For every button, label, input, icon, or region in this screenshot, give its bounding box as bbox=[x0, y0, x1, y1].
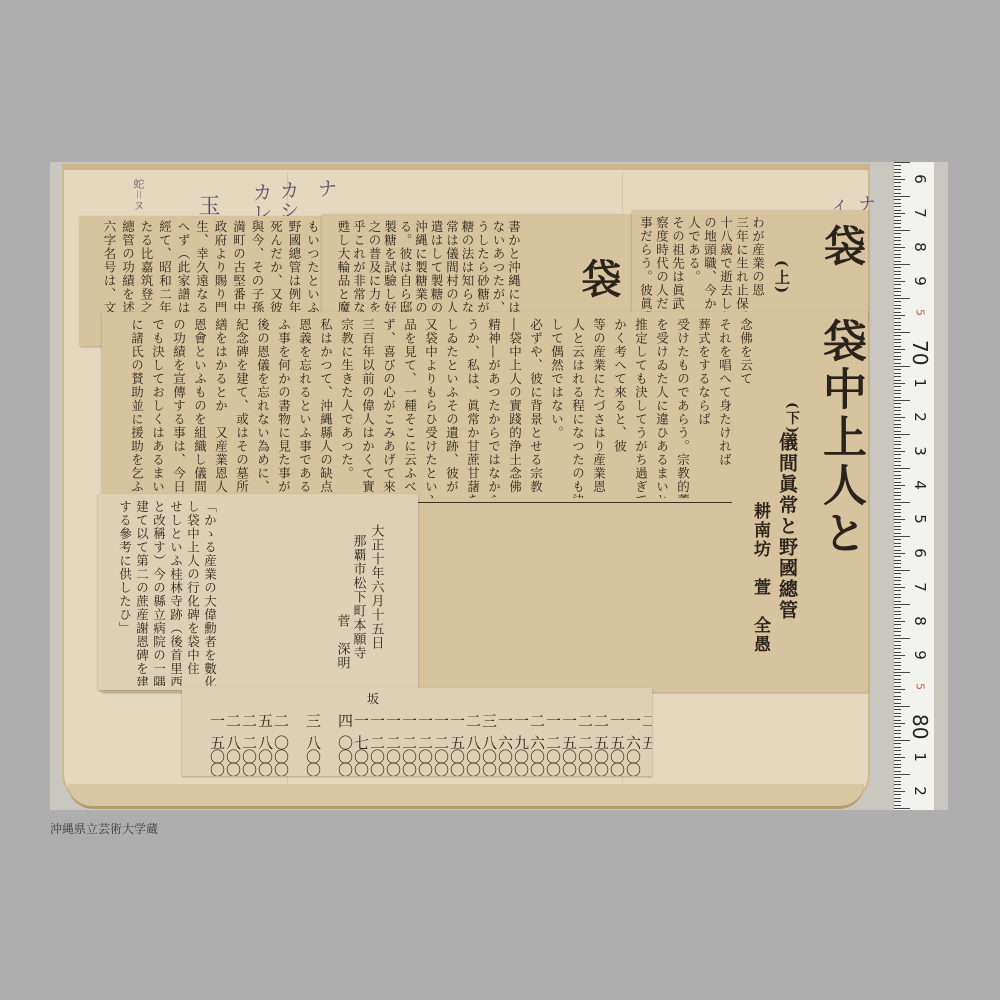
ruler-tick bbox=[894, 312, 901, 313]
ruler-tick bbox=[894, 176, 901, 177]
ruler-tick bbox=[894, 628, 901, 629]
text-column: ―袋中上人の實踐的浄土念佛 bbox=[507, 318, 523, 498]
ruler-tick bbox=[894, 743, 901, 744]
ruler-tick bbox=[894, 567, 901, 568]
ruler-tick bbox=[894, 427, 901, 428]
ruler-tick bbox=[894, 359, 901, 360]
text-column: に諸氏の賛助並に援助を乞ふ bbox=[129, 318, 145, 498]
ruler-tick bbox=[894, 352, 901, 353]
ruler-tick bbox=[894, 492, 901, 493]
ruler-tick bbox=[894, 441, 901, 442]
table-row: 一二二五二 三 四一一一一一一一二三一一二一一二二一一二 bbox=[210, 710, 652, 731]
ruler-tick bbox=[894, 737, 901, 738]
ruler-tick bbox=[894, 747, 901, 748]
text-column: 察度時代の人だか bbox=[654, 216, 670, 316]
text-column: 繕をはかるとか 又産業恩人の謝 bbox=[213, 318, 229, 498]
ruler-tick bbox=[894, 468, 910, 469]
ruler-tick bbox=[894, 590, 901, 591]
ruler-tick bbox=[894, 601, 901, 602]
text-column: する參考に供したひ」 bbox=[117, 500, 133, 686]
ruler-tick bbox=[894, 373, 901, 374]
ruler-tick bbox=[894, 420, 901, 421]
article-subtitle: 儀間眞常と野國總管 bbox=[774, 432, 801, 621]
ruler-tick bbox=[894, 529, 901, 530]
handwritten-note: 蛇＝ヌ bbox=[130, 178, 146, 211]
ruler-tick bbox=[894, 689, 905, 690]
headline-fragment-upper: 袋 bbox=[812, 224, 868, 270]
ruler-tick bbox=[894, 278, 901, 279]
text-column: かく考へて來ると、彼 bbox=[612, 318, 628, 498]
text-column: 必ずや、彼に背景とせる宗教 bbox=[528, 318, 544, 498]
text-column: 受けたものであらう。宗教的薫陶 bbox=[675, 318, 691, 498]
ruler-tick bbox=[894, 669, 901, 670]
ruler-tick bbox=[894, 267, 901, 268]
ruler-tick bbox=[894, 346, 901, 347]
ruler-tick bbox=[894, 325, 901, 326]
ruler-tick bbox=[894, 774, 910, 775]
ruler-tick bbox=[894, 631, 901, 632]
headline-fragment: 袋 bbox=[570, 258, 627, 302]
ruler-tick bbox=[894, 750, 901, 751]
signature: 菅 深明 bbox=[334, 614, 350, 670]
text-column: 宗教に生きた人であつた。 bbox=[339, 318, 355, 498]
text-column: 三百年以前の偉人はかくて實踐的 bbox=[360, 318, 376, 498]
ruler-tick bbox=[894, 594, 901, 595]
ruler-tick bbox=[894, 645, 901, 646]
ruler-tick bbox=[894, 203, 901, 204]
archive-photo: 蛇＝ヌ 玉 カレ カシ ナ イ ナ 上地に甘藷を甘十四年に倫寧でもあるが、ハツキ… bbox=[50, 162, 948, 810]
ruler-label: 6 bbox=[911, 541, 929, 565]
ruler-tick bbox=[894, 169, 901, 170]
ruler-tick bbox=[894, 798, 901, 799]
ruler-tick bbox=[894, 315, 905, 316]
ruler-tick bbox=[894, 356, 901, 357]
ruler-tick bbox=[894, 512, 901, 513]
ruler-tick bbox=[894, 210, 901, 211]
clipping-number-table: 坂 一二二五二 三 四一一一一一一一二三一一二一一二二一一二 五八二八〇 八 〇… bbox=[182, 688, 652, 776]
text-column: 等の産業にたづさはり産業恩 bbox=[591, 318, 607, 498]
ruler-tick bbox=[894, 274, 901, 275]
handwritten-note: ナ bbox=[312, 178, 341, 198]
ruler-tick bbox=[894, 550, 901, 551]
notebook-top-edge bbox=[62, 164, 870, 170]
ruler-label: 7 bbox=[911, 201, 929, 225]
ruler-label: 9 bbox=[911, 269, 929, 293]
ruler-tick bbox=[894, 754, 901, 755]
ruler-tick bbox=[894, 247, 905, 248]
ruler-tick bbox=[894, 254, 901, 255]
ruler-tick bbox=[894, 624, 901, 625]
ruler-tick bbox=[894, 682, 901, 683]
text-column: 「かゝる産業の大偉勳者を數化せ bbox=[202, 500, 218, 686]
handwritten-note: 玉 bbox=[192, 194, 223, 216]
text-column: 推定しても決してうがち過ぎではあるまい bbox=[633, 318, 649, 498]
ruler-tick bbox=[894, 465, 901, 466]
ruler-tick bbox=[894, 652, 901, 653]
ruler-tick bbox=[894, 699, 901, 700]
ruler-tick bbox=[894, 556, 901, 557]
ruler-tick bbox=[894, 403, 901, 404]
ruler-tick bbox=[894, 716, 901, 717]
ruler-tick bbox=[894, 703, 901, 704]
ruler-tick bbox=[894, 655, 905, 656]
date-line: 大正十年六月十五日 bbox=[368, 524, 384, 650]
ruler-tick bbox=[894, 757, 905, 758]
ruler-tick bbox=[894, 539, 901, 540]
text-column: 恩義を忘れるといふ事であるとい bbox=[297, 318, 313, 498]
ruler-tick bbox=[894, 648, 901, 649]
ruler-tick bbox=[894, 675, 901, 676]
ruler-tick bbox=[894, 478, 901, 479]
text-column: 念佛を云て bbox=[738, 318, 754, 498]
ruler-tick bbox=[894, 801, 901, 802]
ruler-tick bbox=[894, 329, 901, 330]
ruler-label: 2 bbox=[911, 405, 929, 429]
ruler-tick bbox=[894, 536, 910, 537]
ruler-tick bbox=[894, 495, 901, 496]
ruler-tick bbox=[894, 709, 901, 710]
ruler-tick bbox=[894, 233, 901, 234]
text-column: 精神―があつたからではなから bbox=[486, 318, 502, 498]
ruler-label: 5 bbox=[914, 301, 927, 325]
ruler-label: 4 bbox=[911, 473, 929, 497]
ruler-tick bbox=[894, 261, 901, 262]
ruler-tick bbox=[894, 230, 910, 231]
ruler-tick bbox=[894, 713, 901, 714]
notebook-back-cover bbox=[68, 784, 864, 809]
clipping-upper-right: わが産業の恩三年に生れ止保元十八歳で逝去したの地頭職、今から人である。その祖先は… bbox=[632, 210, 868, 320]
ruler-tick bbox=[894, 240, 901, 241]
ruler-label: 5 bbox=[914, 675, 927, 699]
ruler-tick bbox=[894, 482, 901, 483]
ruler-tick bbox=[894, 471, 901, 472]
ruler-tick bbox=[894, 587, 905, 588]
ruler-tick bbox=[894, 618, 901, 619]
ruler-tick bbox=[894, 390, 901, 391]
ruler-tick bbox=[894, 730, 901, 731]
text-column: うか、私は、眞常か甘蔗甘藷を栽培 bbox=[465, 318, 481, 498]
text-column: 紀念碑を建て、或はその墓所の修 bbox=[234, 318, 250, 498]
ruler-tick bbox=[894, 662, 901, 663]
ruler-tick bbox=[894, 417, 905, 418]
ruler-tick bbox=[894, 414, 901, 415]
article-author: 耕南坊 萱 全愚 bbox=[748, 502, 773, 654]
ruler-tick bbox=[894, 597, 901, 598]
text-column: 又袋中よりもらひ受けたといふ bbox=[423, 318, 439, 498]
ruler-tick bbox=[894, 502, 910, 503]
ruler-tick bbox=[894, 740, 910, 741]
ruler-tick bbox=[894, 546, 901, 547]
ruler-tick bbox=[894, 720, 901, 721]
ruler-tick bbox=[894, 189, 901, 190]
ruler-tick bbox=[894, 777, 901, 778]
ruler-tick bbox=[894, 679, 901, 680]
ruler-tick bbox=[894, 223, 901, 224]
ruler-tick bbox=[894, 665, 901, 666]
headline: 袋中上人と bbox=[808, 318, 868, 558]
ruler-tick bbox=[894, 641, 901, 642]
ruler-tick bbox=[894, 475, 901, 476]
ruler-label: 70 bbox=[908, 340, 932, 364]
ruler-tick bbox=[894, 220, 901, 221]
text-column: 私はかつて、沖縄縣人の缺点は bbox=[318, 318, 334, 498]
ruler-tick bbox=[894, 186, 901, 187]
text-column: を受けゐた人に違ひあるまいと bbox=[654, 318, 670, 498]
ruler-tick bbox=[894, 614, 901, 615]
ruler-label: 2 bbox=[911, 779, 929, 803]
ruler-tick bbox=[894, 250, 901, 251]
ruler-tick bbox=[894, 658, 901, 659]
ruler-tick bbox=[894, 805, 901, 806]
ruler-tick bbox=[894, 499, 901, 500]
ruler-tick bbox=[894, 767, 901, 768]
ruler-tick bbox=[894, 723, 905, 724]
ruler-tick bbox=[894, 199, 901, 200]
clipping-closing: 「かゝる産業の大偉勳者を數化せし袋中上人の行化碑を袋中住せしといふ桂林寺跡（後首… bbox=[98, 494, 418, 690]
text-column: 三年に生れ止保元 bbox=[734, 216, 750, 316]
ruler-tick bbox=[894, 488, 901, 489]
ruler-tick bbox=[894, 284, 901, 285]
text-column: 十八歳で逝去した bbox=[718, 216, 734, 316]
ruler-tick bbox=[894, 288, 901, 289]
ruler-tick bbox=[894, 237, 901, 238]
ruler-tick bbox=[894, 764, 901, 765]
text-column: 建て以て第二の蔗産謝恩碑を建設 bbox=[134, 500, 150, 686]
ruler-tick bbox=[894, 291, 901, 292]
ruler-tick bbox=[894, 635, 901, 636]
ruler-label: 9 bbox=[911, 643, 929, 667]
ruler-tick bbox=[894, 349, 905, 350]
table-row: 〇〇〇〇〇 〇 〇〇〇〇〇〇〇〇〇〇〇〇〇〇〇〇〇〇〇 bbox=[210, 759, 642, 776]
ruler-tick bbox=[894, 244, 901, 245]
ruler-tick bbox=[894, 366, 910, 367]
text-column: 後の恩儀を忘れない為めに、その bbox=[255, 318, 271, 498]
text-column: ふ事を何かの書物に見た事があ bbox=[276, 318, 292, 498]
ruler-tick bbox=[894, 257, 901, 258]
notebook-page: 蛇＝ヌ 玉 カレ カシ ナ イ ナ 上地に甘藷を甘十四年に倫寧でもあるが、ハツキ… bbox=[62, 164, 870, 804]
ruler-tick bbox=[894, 696, 901, 697]
ruler-tick bbox=[894, 604, 910, 605]
text-column: の功績を宣傳する事は、今日から bbox=[171, 318, 187, 498]
ruler-tick bbox=[894, 543, 901, 544]
address-line: 那覇市松下町本願寺 bbox=[350, 534, 366, 660]
ruler-tick bbox=[894, 794, 901, 795]
ruler-tick bbox=[894, 193, 901, 194]
text-column: 恩會といふものを組織し儀間野國 bbox=[192, 318, 208, 498]
ruler-tick bbox=[894, 227, 901, 228]
ruler-tick bbox=[894, 165, 901, 166]
ruler-tick bbox=[894, 264, 910, 265]
ruler-tick bbox=[894, 305, 901, 306]
ruler-tick bbox=[894, 342, 901, 343]
ruler-tick bbox=[894, 485, 905, 486]
handwritten-note: カシ bbox=[274, 180, 303, 220]
ruler-label: 3 bbox=[911, 439, 929, 463]
ruler-label: 6 bbox=[911, 167, 929, 191]
ruler-tick bbox=[894, 509, 901, 510]
ruler-tick bbox=[894, 638, 910, 639]
ruler-tick bbox=[894, 308, 901, 309]
ruler-tick bbox=[894, 526, 901, 527]
text-column: ず、喜びの心がこみあげて來た。 bbox=[381, 318, 397, 498]
ruler-label: 1 bbox=[911, 745, 929, 769]
ruler-tick bbox=[894, 563, 901, 564]
ruler-tick bbox=[894, 301, 901, 302]
ruler-tick bbox=[894, 686, 901, 687]
ruler-tick bbox=[894, 448, 901, 449]
ruler-tick bbox=[894, 706, 910, 707]
ruler-tick bbox=[894, 363, 901, 364]
ruler-tick bbox=[894, 784, 901, 785]
ruler-tick bbox=[894, 808, 910, 809]
ruler-tick bbox=[894, 458, 901, 459]
ruler-label: 1 bbox=[911, 371, 929, 395]
ruler-tick bbox=[894, 281, 905, 282]
ruler-tick bbox=[894, 383, 905, 384]
ruler-tick bbox=[894, 339, 901, 340]
ruler-tick bbox=[894, 580, 901, 581]
text-column: して偶然ではない。 bbox=[549, 318, 565, 498]
ruler-tick bbox=[894, 410, 901, 411]
ruler-tick bbox=[894, 692, 901, 693]
ruler-tick bbox=[894, 781, 901, 782]
ruler-tick bbox=[894, 434, 910, 435]
text-column: 人である。 bbox=[686, 216, 702, 316]
ruler-tick bbox=[894, 179, 905, 180]
ruler-tick bbox=[894, 172, 901, 173]
ruler-tick bbox=[894, 505, 901, 506]
part-label-upper: (上) bbox=[772, 260, 793, 295]
ruler-tick bbox=[894, 213, 905, 214]
ruler-label: 7 bbox=[911, 575, 929, 599]
ruler-tick bbox=[894, 424, 901, 425]
ruler-tick bbox=[894, 516, 901, 517]
ruler-label: 8 bbox=[911, 609, 929, 633]
ruler-tick bbox=[894, 407, 901, 408]
text-column: わが産業の恩 bbox=[750, 216, 766, 316]
ruler-tick bbox=[894, 400, 910, 401]
ruler-tick bbox=[894, 386, 901, 387]
ruler-tick bbox=[894, 322, 901, 323]
ruler-tick bbox=[894, 560, 901, 561]
ruler-tick bbox=[894, 393, 901, 394]
text-column: し袋中上人の行化碑を袋中住 bbox=[185, 500, 201, 686]
ruler-tick bbox=[894, 788, 901, 789]
ruler-tick bbox=[894, 369, 901, 370]
ruler-tick bbox=[894, 444, 901, 445]
ruler-tick bbox=[894, 216, 901, 217]
ruler-tick bbox=[894, 621, 905, 622]
ruler-tick bbox=[894, 771, 901, 772]
collection-credit: 沖縄県立芸術大学蔵 bbox=[50, 820, 158, 837]
ruler-label: 8 bbox=[911, 235, 929, 259]
ruler-tick bbox=[894, 335, 901, 336]
text-column: の地頭職、今から bbox=[702, 216, 718, 316]
ruler-label: 80 bbox=[908, 714, 932, 738]
ruler-tick bbox=[894, 607, 901, 608]
ruler-tick bbox=[894, 271, 901, 272]
ruler-tick bbox=[894, 162, 910, 163]
measuring-ruler: 678957012345678958012 bbox=[893, 162, 934, 810]
ruler-tick bbox=[894, 573, 901, 574]
text-column: 品を見て、一種そこに云ふべから bbox=[402, 318, 418, 498]
text-column: その祖先は眞武 bbox=[670, 216, 686, 316]
ruler-tick bbox=[894, 726, 901, 727]
text-column: しゐたといふその遺跡、彼が bbox=[444, 318, 460, 498]
ruler-tick bbox=[894, 461, 901, 462]
text-column: と改稱す）今の縣立病院の一隅に bbox=[151, 500, 167, 686]
ruler-tick bbox=[894, 295, 901, 296]
ruler-tick bbox=[894, 376, 901, 377]
ruler-tick bbox=[894, 206, 901, 207]
ruler-tick bbox=[894, 380, 901, 381]
ruler-tick bbox=[894, 451, 905, 452]
ruler-tick bbox=[894, 672, 910, 673]
text-column: 葬式をするならば bbox=[696, 318, 712, 498]
ruler-tick bbox=[894, 570, 910, 571]
ruler-tick bbox=[894, 298, 910, 299]
ruler-tick bbox=[894, 577, 901, 578]
text-column: それを唱へて身たければ bbox=[717, 318, 733, 498]
ruler-tick bbox=[894, 318, 901, 319]
ruler-tick bbox=[894, 332, 910, 333]
ruler-tick bbox=[894, 182, 901, 183]
ruler-tick bbox=[894, 437, 901, 438]
ruler-tick bbox=[894, 519, 905, 520]
ruler-tick bbox=[894, 533, 901, 534]
text-column: でも決しておしくはあるまい。幸 bbox=[150, 318, 166, 498]
part-label-lower: (下) bbox=[782, 402, 802, 435]
text-column: 人と云はれる程になつたのも決 bbox=[570, 318, 586, 498]
ruler-tick bbox=[894, 733, 901, 734]
ruler-tick bbox=[894, 584, 901, 585]
ruler-tick bbox=[894, 791, 905, 792]
ruler-tick bbox=[894, 522, 901, 523]
text-column: せしといふ桂林寺跡（後首里西輪寺 bbox=[168, 500, 184, 686]
ruler-tick bbox=[894, 553, 905, 554]
ruler-tick bbox=[894, 431, 901, 432]
ruler-tick bbox=[894, 454, 901, 455]
text-column: 事だらう。彼眞武 bbox=[638, 216, 654, 316]
ruler-tick bbox=[894, 196, 910, 197]
ruler-tick bbox=[894, 611, 901, 612]
table-header: 坂 bbox=[367, 690, 380, 707]
ruler-tick bbox=[894, 397, 901, 398]
ruler-label: 5 bbox=[911, 507, 929, 531]
ruler-tick bbox=[894, 760, 901, 761]
